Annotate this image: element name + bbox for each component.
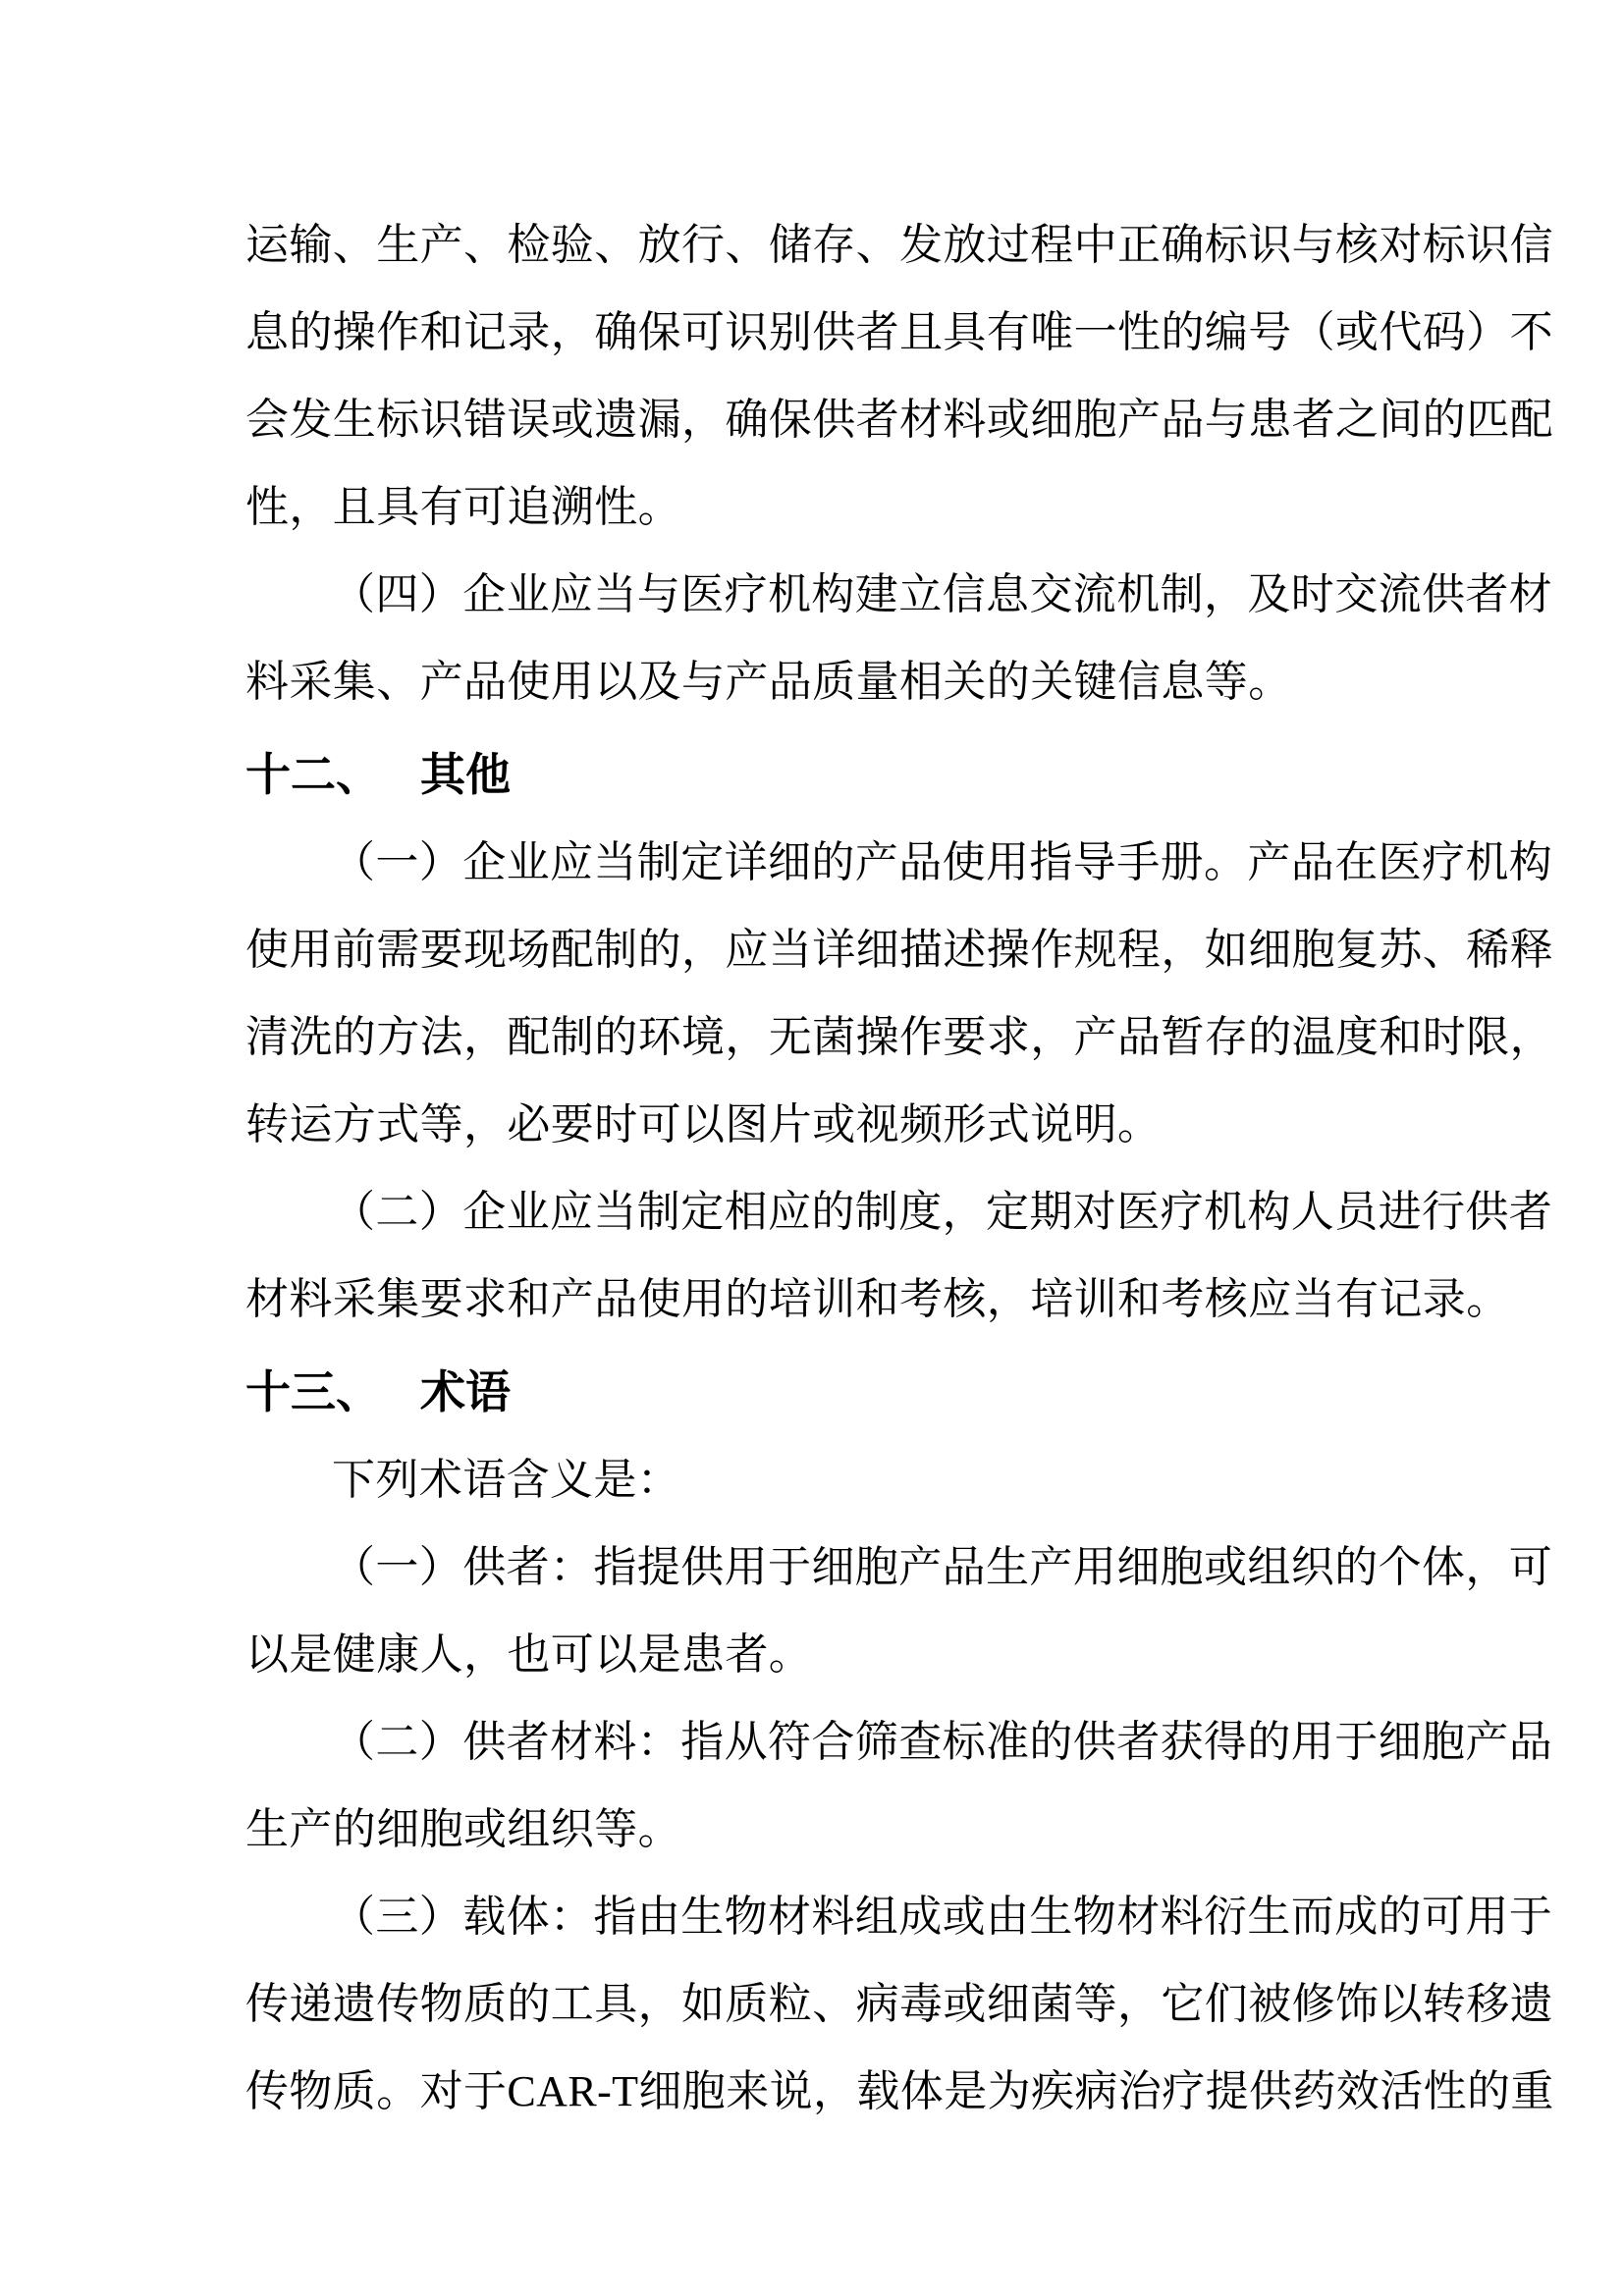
text-line: 清洗的方法，配制的环境，无菌操作要求，产品暂存的温度和时限， xyxy=(245,993,1394,1081)
heading-title: 其他 xyxy=(420,749,511,800)
content-area: 运输、生产、检验、放行、储存、发放过程中正确标识与核对标识信 息的操作和记录，确… xyxy=(245,201,1394,2135)
text-line: 材料采集要求和产品使用的培训和考核，培训和考核应当有记录。 xyxy=(245,1255,1394,1343)
text-line: 以是健康人，也可以是患者。 xyxy=(245,1611,1394,1698)
text-line: 传物质。对于CAR-T细胞来说，载体是为疾病治疗提供药效活性的重 xyxy=(245,2048,1394,2135)
heading-title: 术语 xyxy=(420,1366,511,1417)
text-line: 料采集、产品使用以及与产品质量相关的关键信息等。 xyxy=(245,638,1394,725)
text-line: 使用前需要现场配制的，应当详细描述操作规程，如细胞复苏、稀释 xyxy=(245,906,1394,993)
text-line: 息的操作和记录，确保可识别供者且具有唯一性的编号（或代码）不 xyxy=(245,289,1394,376)
section-heading-other: 十二、其他 xyxy=(245,731,1394,819)
text-line: （四）企业应当与医疗机构建立信息交流机制，及时交流供者材 xyxy=(245,551,1394,638)
text-line: 转运方式等，必要时可以图片或视频形式说明。 xyxy=(245,1081,1394,1168)
text-line: 运输、生产、检验、放行、储存、发放过程中正确标识与核对标识信 xyxy=(245,201,1394,289)
text-line: （一）供者：指提供用于细胞产品生产用细胞或组织的个体，可 xyxy=(245,1523,1394,1611)
text-line: 性，且具有可追溯性。 xyxy=(245,463,1394,551)
section-heading-terms: 十三、术语 xyxy=(245,1349,1394,1436)
text-line: 传递遗传物质的工具，如质粒、病毒或细菌等，它们被修饰以转移遗 xyxy=(245,1960,1394,2048)
text-line: （三）载体：指由生物材料组成或由生物材料衍生而成的可用于 xyxy=(245,1873,1394,1960)
text-line: 会发生标识错误或遗漏，确保供者材料或细胞产品与患者之间的匹配 xyxy=(245,376,1394,463)
text-line: （二）企业应当制定相应的制度，定期对医疗机构人员进行供者 xyxy=(245,1168,1394,1255)
text-line: （二）供者材料：指从符合筛查标准的供者获得的用于细胞产品 xyxy=(245,1698,1394,1786)
text-line: 生产的细胞或组织等。 xyxy=(245,1786,1394,1873)
heading-number: 十二、 xyxy=(245,749,381,800)
document-page: 运输、生产、检验、放行、储存、发放过程中正确标识与核对标识信 息的操作和记录，确… xyxy=(0,0,1624,2296)
text-line: （一）企业应当制定详细的产品使用指导手册。产品在医疗机构 xyxy=(245,819,1394,906)
text-line: 下列术语含义是： xyxy=(245,1436,1394,1523)
heading-number: 十三、 xyxy=(245,1366,381,1417)
